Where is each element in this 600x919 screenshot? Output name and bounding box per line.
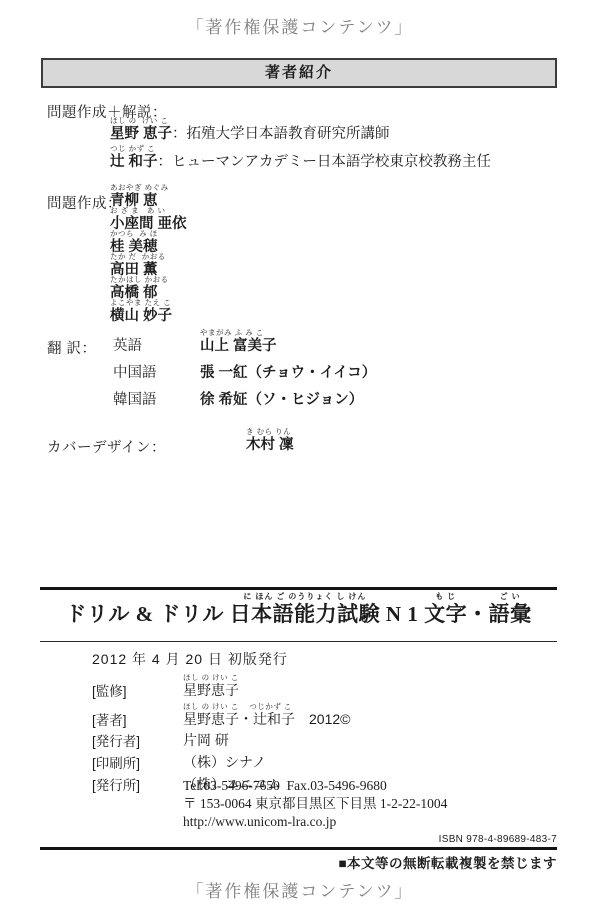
author-intro-banner: 著者紹介 [41, 58, 557, 88]
person-name: 徐 希姃（ソ・ヒジョン） [200, 392, 363, 408]
furigana: に ほん ご のうりょく し けん [230, 592, 381, 601]
furigana: お ざ ま あ い [110, 207, 187, 215]
person-row: たかはし かおる高橋 郁 [110, 276, 187, 299]
furigana: あおやぎ めぐみ [110, 184, 187, 192]
person-name: 星野 恵子 [110, 126, 172, 142]
person-name: 横山 妙子 [110, 308, 172, 324]
value-text: （株）シナノ [183, 754, 266, 770]
person-title: ：拓殖大学日本語教育研究所講師 [172, 126, 390, 142]
cover-design-label: カバーデザイン： [47, 436, 166, 457]
colophon-row-value: ほし の けい こ つじかず こ星野恵子・辻和子 2012© [183, 703, 350, 729]
colophon-row-label: [著者] [92, 712, 183, 729]
colophon-row: [発行者] 片岡 研 [92, 732, 557, 750]
person-title: ：ヒューマンアカデミー日本語学校東京校教務主任 [158, 154, 491, 170]
colophon-row-label: [印刷所] [92, 755, 183, 772]
person-row: よこやま たえ こ横山 妙子 [110, 299, 187, 322]
edition-date: 2012 年 4 月 20 日 初版発行 [92, 649, 288, 669]
person-row: あおやぎ めぐみ青柳 恵 [110, 184, 187, 207]
furigana: ほし の けい こ [110, 117, 491, 125]
colophon-row-label: [発行者] [92, 733, 183, 750]
language-label: 英語 [113, 337, 200, 356]
furigana: ほし の けい こ [183, 674, 239, 682]
translator: 張 一紅（チョウ・イイコ） [200, 364, 376, 383]
person-name: 山上 富美子 [200, 338, 277, 354]
title-part: 語彙 [489, 601, 532, 628]
furigana: たか だ かおる [110, 253, 187, 261]
isbn: ISBN 978-4-89689-483-7 [439, 834, 557, 845]
creation-commentary-people: ほし の けい こ星野 恵子：拓殖大学日本語教育研究所講師 つじ かず こ辻 和… [110, 117, 491, 172]
translation-row: 中国語 張 一紅（チョウ・イイコ） [113, 356, 376, 383]
translation-label: 翻 訳： [47, 337, 97, 358]
colophon-page: 「著作権保護コンテンツ」 著者紹介 問題作成＋解説： ほし の けい こ星野 恵… [0, 0, 600, 919]
cover-designer: き むら りん木村 凜 [246, 428, 294, 455]
language-label: 韓国語 [113, 391, 200, 410]
translator: やまがみ ふ み こ山上 富美子 [200, 329, 277, 356]
title-ruby-segment: に ほん ご のうりょく し けん日本語能力試験 [230, 592, 381, 628]
colophon-row: [印刷所] （株）シナノ [92, 754, 557, 772]
creation-people: あおやぎ めぐみ青柳 恵 お ざ ま あ い小座間 亜依 かつら み ほ桂 美穂… [110, 184, 187, 322]
furigana: よこやま たえ こ [110, 299, 187, 307]
person-name: 張 一紅（チョウ・イイコ） [200, 365, 376, 381]
title-ruby-segment: ご い語彙 [489, 592, 532, 628]
publisher-contact: Tel.03-5496-7650 Fax.03-5496-9680 〒 153-… [183, 777, 447, 831]
title-part: 文字 [424, 601, 467, 628]
furigana: き むら りん [246, 428, 294, 436]
title-ruby-segment: も じ文字 [424, 592, 467, 628]
bottom-rule [40, 847, 557, 850]
publisher-url: http://www.unicom-lra.co.jp [183, 813, 447, 831]
colophon-row-value: （株）シナノ [183, 754, 266, 772]
title-bottom-rule [40, 641, 557, 642]
postal-address: 〒 153-0064 東京都目黒区下目黒 1-2-22-1004 [183, 795, 447, 813]
value-text: 星野恵子 [183, 682, 239, 698]
person-row: お ざ ま あ い小座間 亜依 [110, 207, 187, 230]
colophon-row-value: ほし の けい こ星野恵子 [183, 674, 239, 700]
reproduction-notice: ■本文等の無断転載複製を禁じます [338, 852, 557, 872]
person-row: かつら み ほ桂 美穂 [110, 230, 187, 253]
colophon-row: [監修] ほし の けい こ星野恵子 [92, 674, 557, 700]
book-title: ドリル & ドリル に ほん ご のうりょく し けん日本語能力試験 N 1 も… [40, 592, 557, 628]
title-top-rule [40, 587, 557, 590]
title-part: ドリル & ドリル [65, 601, 229, 628]
title-part: N 1 [380, 601, 424, 628]
colophon-row-label: [監修] [92, 683, 183, 700]
person-name: 辻 和子 [110, 154, 158, 170]
person-row: つじ かず こ辻 和子：ヒューマンアカデミー日本語学校東京校教務主任 [110, 145, 491, 173]
translation-row: 英語 やまがみ ふ み こ山上 富美子 [113, 329, 376, 356]
tel-fax: Tel.03-5496-7650 Fax.03-5496-9680 [183, 777, 447, 795]
copyright-watermark-bottom: 「著作権保護コンテンツ」 [0, 877, 600, 902]
furigana: ほし の けい こ つじかず こ [183, 703, 350, 711]
colophon-row: [著者] ほし の けい こ つじかず こ星野恵子・辻和子 2012© [92, 703, 557, 729]
translation-row: 韓国語 徐 希姃（ソ・ヒジョン） [113, 383, 376, 410]
colophon-row-label: [発行所] [92, 777, 183, 794]
colophon-row-value: 片岡 研 [183, 732, 229, 750]
language-label: 中国語 [113, 364, 200, 383]
translator: 徐 希姃（ソ・ヒジョン） [200, 391, 363, 410]
furigana: つじ かず こ [110, 145, 491, 153]
title-part: 日本語能力試験 [230, 601, 381, 628]
copyright-watermark-top: 「著作権保護コンテンツ」 [0, 13, 600, 38]
furigana: やまがみ ふ み こ [200, 329, 277, 337]
translation-items: 英語 やまがみ ふ み こ山上 富美子 中国語 張 一紅（チョウ・イイコ） 韓国… [113, 329, 376, 410]
furigana: たかはし かおる [110, 276, 187, 284]
value-text: 片岡 研 [183, 732, 229, 748]
title-part: ・ [467, 601, 489, 628]
value-text: 星野恵子・辻和子 2012© [183, 711, 350, 727]
person-row: ほし の けい こ星野 恵子：拓殖大学日本語教育研究所講師 [110, 117, 491, 145]
furigana: ご い [489, 592, 532, 601]
furigana: も じ [424, 592, 467, 601]
person-row: たか だ かおる高田 薫 [110, 253, 187, 276]
person-name: 木村 凜 [246, 437, 294, 453]
